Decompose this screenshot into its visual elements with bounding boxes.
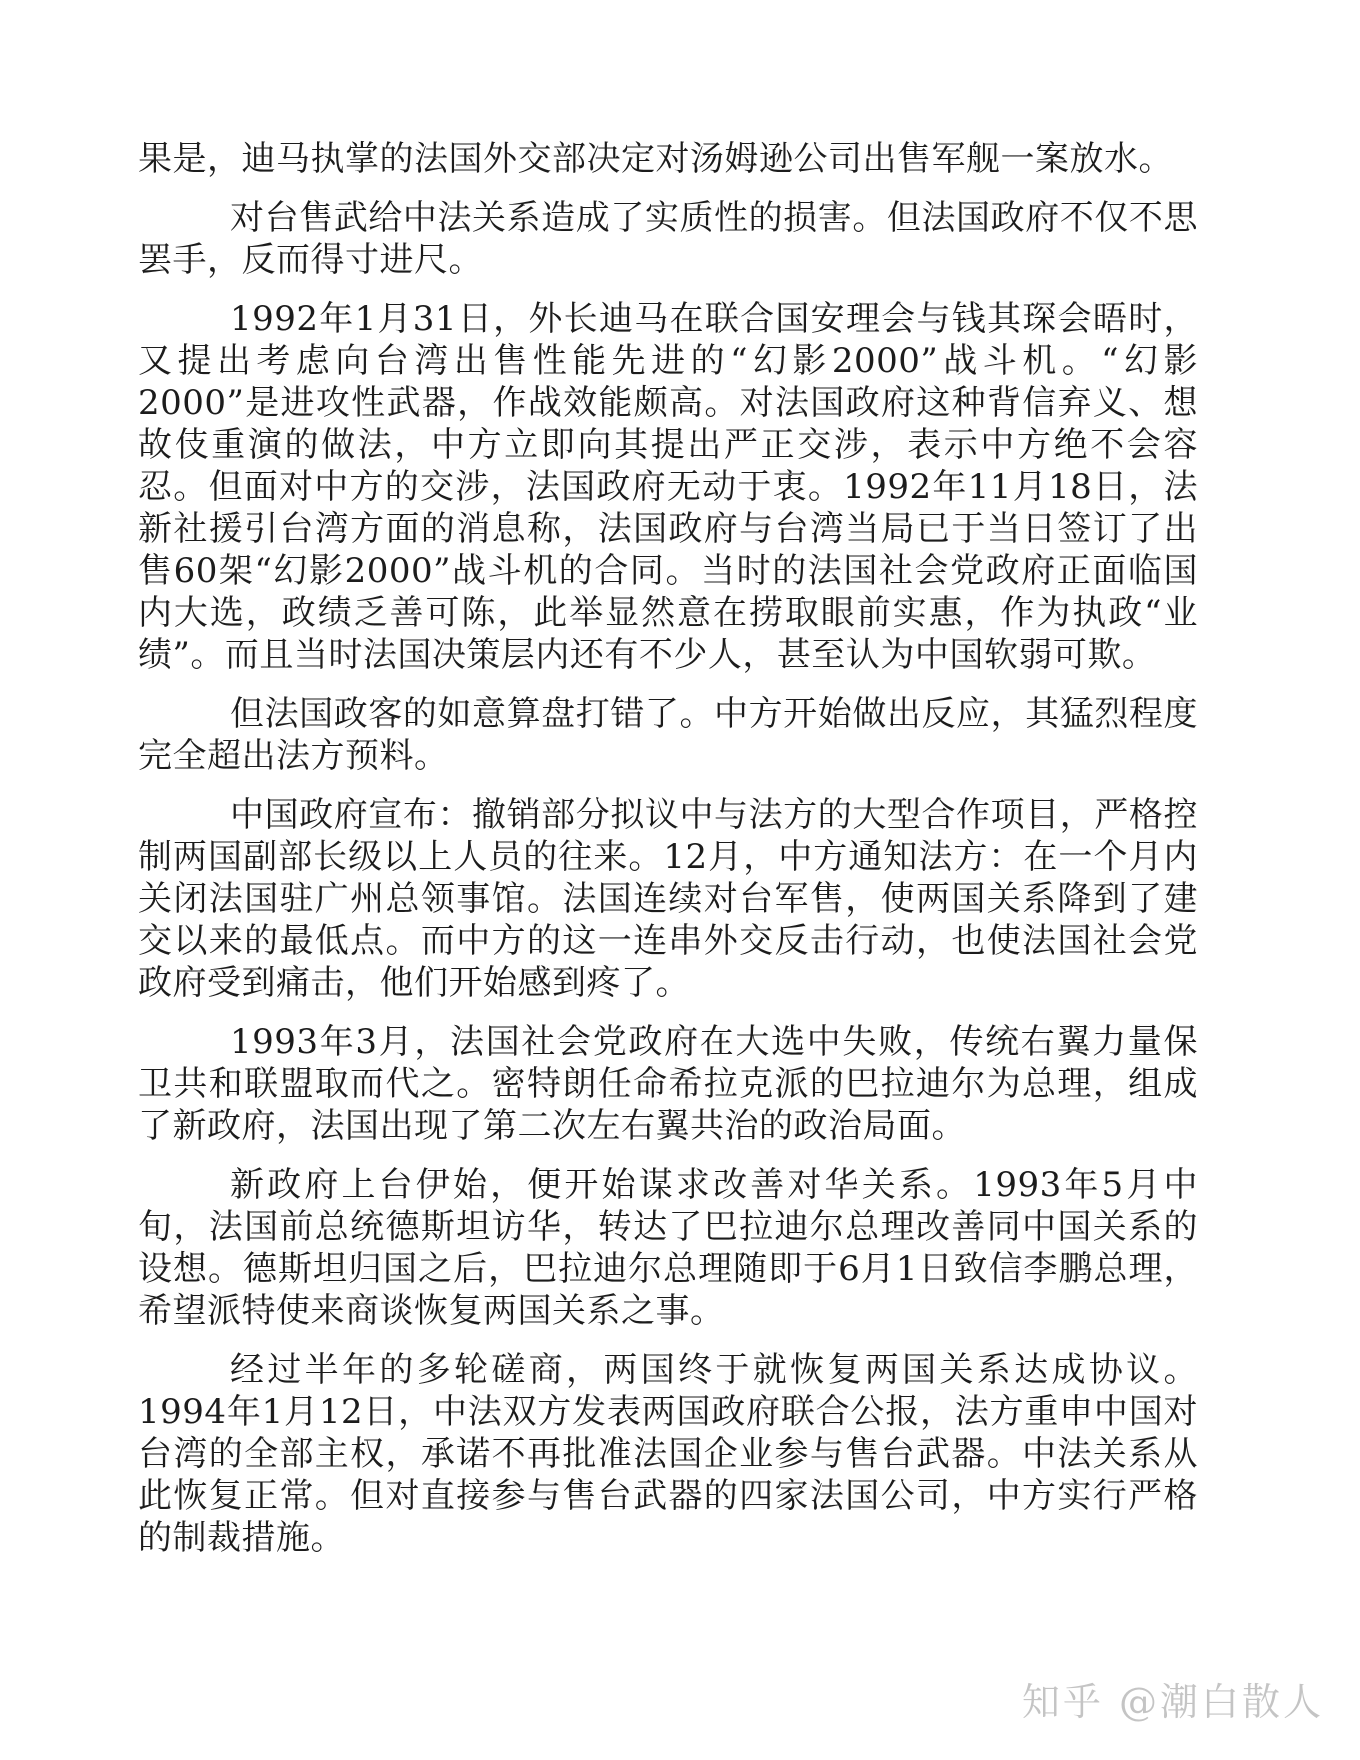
paragraph: 果是，迪马执掌的法国外交部决定对汤姆逊公司出售军舰一案放水。 [138,138,1198,180]
zhihu-watermark: 知乎 @潮白散人 [1022,1678,1324,1726]
paragraph: 中国政府宣布：撤销部分拟议中与法方的大型合作项目，严格控制两国副部长级以上人员的… [138,794,1198,1004]
document-content: 果是，迪马执掌的法国外交部决定对汤姆逊公司出售军舰一案放水。 对台售武给中法关系… [138,138,1198,1576]
paragraph: 1992年1月31日，外长迪马在联合国安理会与钱其琛会晤时，又提出考虑向台湾出售… [138,298,1198,676]
paragraph: 新政府上台伊始，便开始谋求改善对华关系。1993年5月中旬，法国前总统德斯坦访华… [138,1164,1198,1332]
paragraph: 1993年3月，法国社会党政府在大选中失败，传统右翼力量保卫共和联盟取而代之。密… [138,1021,1198,1147]
paragraph: 但法国政客的如意算盘打错了。中方开始做出反应，其猛烈程度完全超出法方预料。 [138,693,1198,777]
document-page: 果是，迪马执掌的法国外交部决定对汤姆逊公司出售军舰一案放水。 对台售武给中法关系… [0,0,1360,1760]
paragraph: 对台售武给中法关系造成了实质性的损害。但法国政府不仅不思罢手，反而得寸进尺。 [138,197,1198,281]
paragraph: 经过半年的多轮磋商，两国终于就恢复两国关系达成协议。1994年1月12日，中法双… [138,1349,1198,1559]
